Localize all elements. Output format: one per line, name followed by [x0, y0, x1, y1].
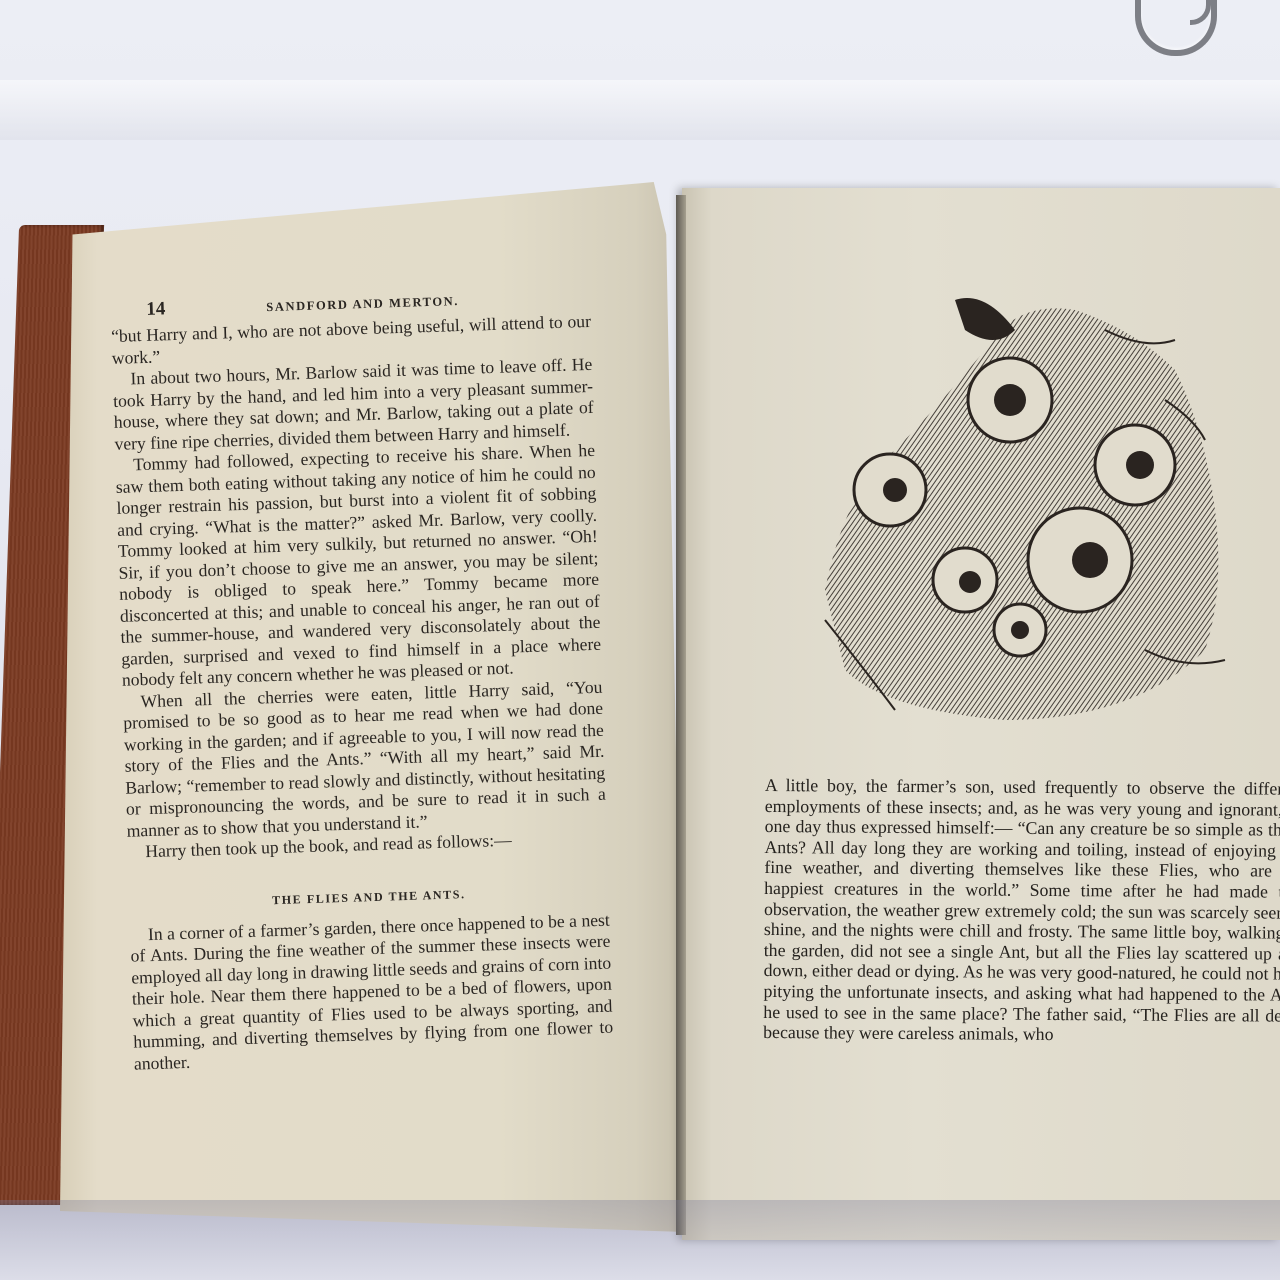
paragraph: A little boy, the farmer’s son, used fre… [763, 775, 1280, 1046]
paragraph: In a corner of a farmer’s garden, there … [130, 909, 614, 1075]
running-title: SANDFORD AND MERTON. [266, 294, 459, 315]
right-page-text: A little boy, the farmer’s son, used fre… [763, 775, 1280, 1046]
paragraph: Tommy had followed, expecting to receive… [115, 440, 602, 691]
story-text: In a corner of a farmer’s garden, there … [130, 909, 614, 1075]
table-shadow [0, 1200, 1280, 1280]
left-page-text: 14 SANDFORD AND MERTON. “but Harry and I… [110, 285, 614, 1075]
page-number: 14 [146, 295, 267, 321]
book-gutter [676, 195, 686, 1235]
story-title: THE FLIES AND THE ANTS. [129, 882, 609, 912]
paragraph: When all the cherries were eaten, little… [122, 676, 606, 842]
rose-engraving-illustration [805, 290, 1235, 725]
cloth-fold [0, 80, 1280, 140]
paragraph: In about two hours, Mr. Barlow said it w… [112, 354, 594, 455]
body-text: A little boy, the farmer’s son, used fre… [763, 775, 1280, 1046]
body-text: “but Harry and I, who are not above bein… [111, 311, 608, 863]
